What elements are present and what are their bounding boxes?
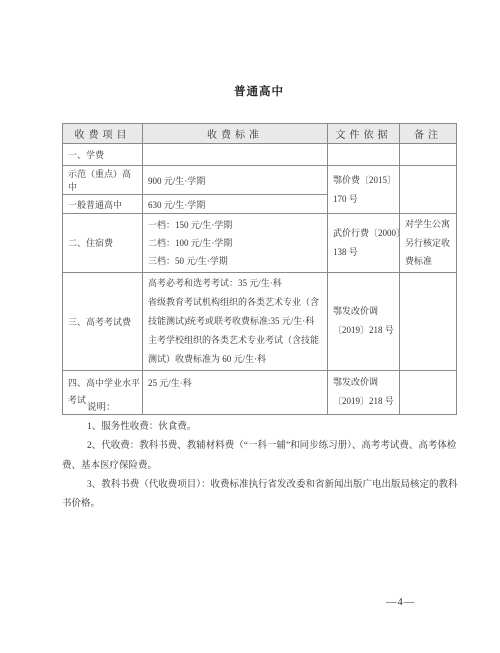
college-exam-basis-line-1: 鄂发改价调 — [333, 302, 394, 321]
general-high-school-standard: 630 元/生·学期 — [143, 195, 328, 214]
college-exam-remark-empty — [400, 272, 457, 370]
header-fee-standard: 收费标准 — [143, 124, 328, 144]
accommodation-tier-2: 二档：100 元/生·学期 — [148, 234, 322, 252]
note-item-3: 3、教科书费（代收费项目）：收费标准执行省发改委和省新闻出版广电出版局核定的教科… — [62, 476, 459, 514]
fee-table: 收费项目 收费标准 文件依据 备注 一、学费 示范（重点）高中 900 元/生·… — [62, 123, 457, 415]
college-exam-standard-3: 主考学校组织的各类艺术专业考试（含技能测试）收费标准为 60 元/生·科 — [148, 331, 322, 369]
header-document-basis: 文件依据 — [328, 124, 400, 144]
tuition-basis-line-1: 鄂价费〔2015〕 — [333, 171, 394, 190]
header-fee-item: 收费项目 — [63, 124, 143, 144]
college-exam-standard-cell: 高考必考和选考考试：35 元/生·科 省级教育考试机构组织的各类艺术专业（含技能… — [143, 272, 328, 370]
tuition-basis-line-2: 170 号 — [333, 190, 394, 209]
college-exam-basis-cell: 鄂发改价调 〔2019〕218 号 — [328, 272, 400, 370]
accommodation-tier-3: 三档：50 元/生·学期 — [148, 252, 322, 270]
accommodation-standard-cell: 一档：150 元/生·学期 二档：100 元/生·学期 三档：50 元/生·学期 — [143, 214, 328, 273]
general-high-school-item: 一般普通高中 — [63, 195, 143, 214]
page-title: 普通高中 — [62, 83, 456, 99]
tuition-section-basis-empty — [328, 144, 400, 166]
accommodation-basis-cell: 武价行费〔2000〕 138 号 — [328, 214, 400, 273]
model-high-school-item: 示范（重点）高中 — [63, 166, 143, 195]
accommodation-remark: 对学生公寓另行核定收费标准 — [400, 214, 457, 273]
note-item-2: 2、代收费：教科书费、教辅材料费（“一科一辅”和同步练习册）、高考考试费、高考体… — [62, 437, 459, 475]
academic-level-exam-basis-line-1: 鄂发改价调 — [333, 373, 394, 392]
college-exam-standard-1: 高考必考和选考考试：35 元/生·科 — [148, 274, 322, 293]
table-header-row: 收费项目 收费标准 文件依据 备注 — [63, 124, 457, 144]
tuition-section-label: 一、学费 — [63, 144, 143, 166]
table-row-model-high-school: 示范（重点）高中 900 元/生·学期 鄂价费〔2015〕 170 号 — [63, 166, 457, 195]
college-exam-basis-line-2: 〔2019〕218 号 — [333, 321, 394, 340]
accommodation-item: 二、住宿费 — [63, 214, 143, 273]
table-row-college-exam: 三、高考考试费 高考必考和选考考试：35 元/生·科 省级教育考试机构组织的各类… — [63, 272, 457, 370]
tuition-remark-empty — [400, 166, 457, 214]
notes-label: 说明： — [62, 399, 459, 418]
page-number: —4— — [386, 597, 415, 608]
accommodation-basis-line-1: 武价行费〔2000〕 — [333, 224, 394, 243]
notes-section: 说明： 1、服务性收费：伙食费。 2、代收费：教科书费、教辅材料费（“一科一辅”… — [62, 399, 459, 514]
table-row-tuition-section: 一、学费 — [63, 144, 457, 166]
header-remarks: 备注 — [400, 124, 457, 144]
tuition-section-remark-empty — [400, 144, 457, 166]
model-high-school-standard: 900 元/生·学期 — [143, 166, 328, 195]
accommodation-basis-line-2: 138 号 — [333, 243, 394, 262]
note-item-1: 1、服务性收费：伙食费。 — [62, 418, 459, 437]
table-row-accommodation: 二、住宿费 一档：150 元/生·学期 二档：100 元/生·学期 三档：50 … — [63, 214, 457, 273]
tuition-section-standard-empty — [143, 144, 328, 166]
academic-level-exam-item-line-1: 四、高中学业水平 — [68, 375, 137, 392]
college-exam-standard-2: 省级教育考试机构组织的各类艺术专业（含技能测试)统考或联考收费标准:35 元/生… — [148, 293, 322, 331]
accommodation-tier-1: 一档：150 元/生·学期 — [148, 216, 322, 234]
college-exam-item: 三、高考考试费 — [63, 272, 143, 370]
tuition-basis-cell: 鄂价费〔2015〕 170 号 — [328, 166, 400, 214]
